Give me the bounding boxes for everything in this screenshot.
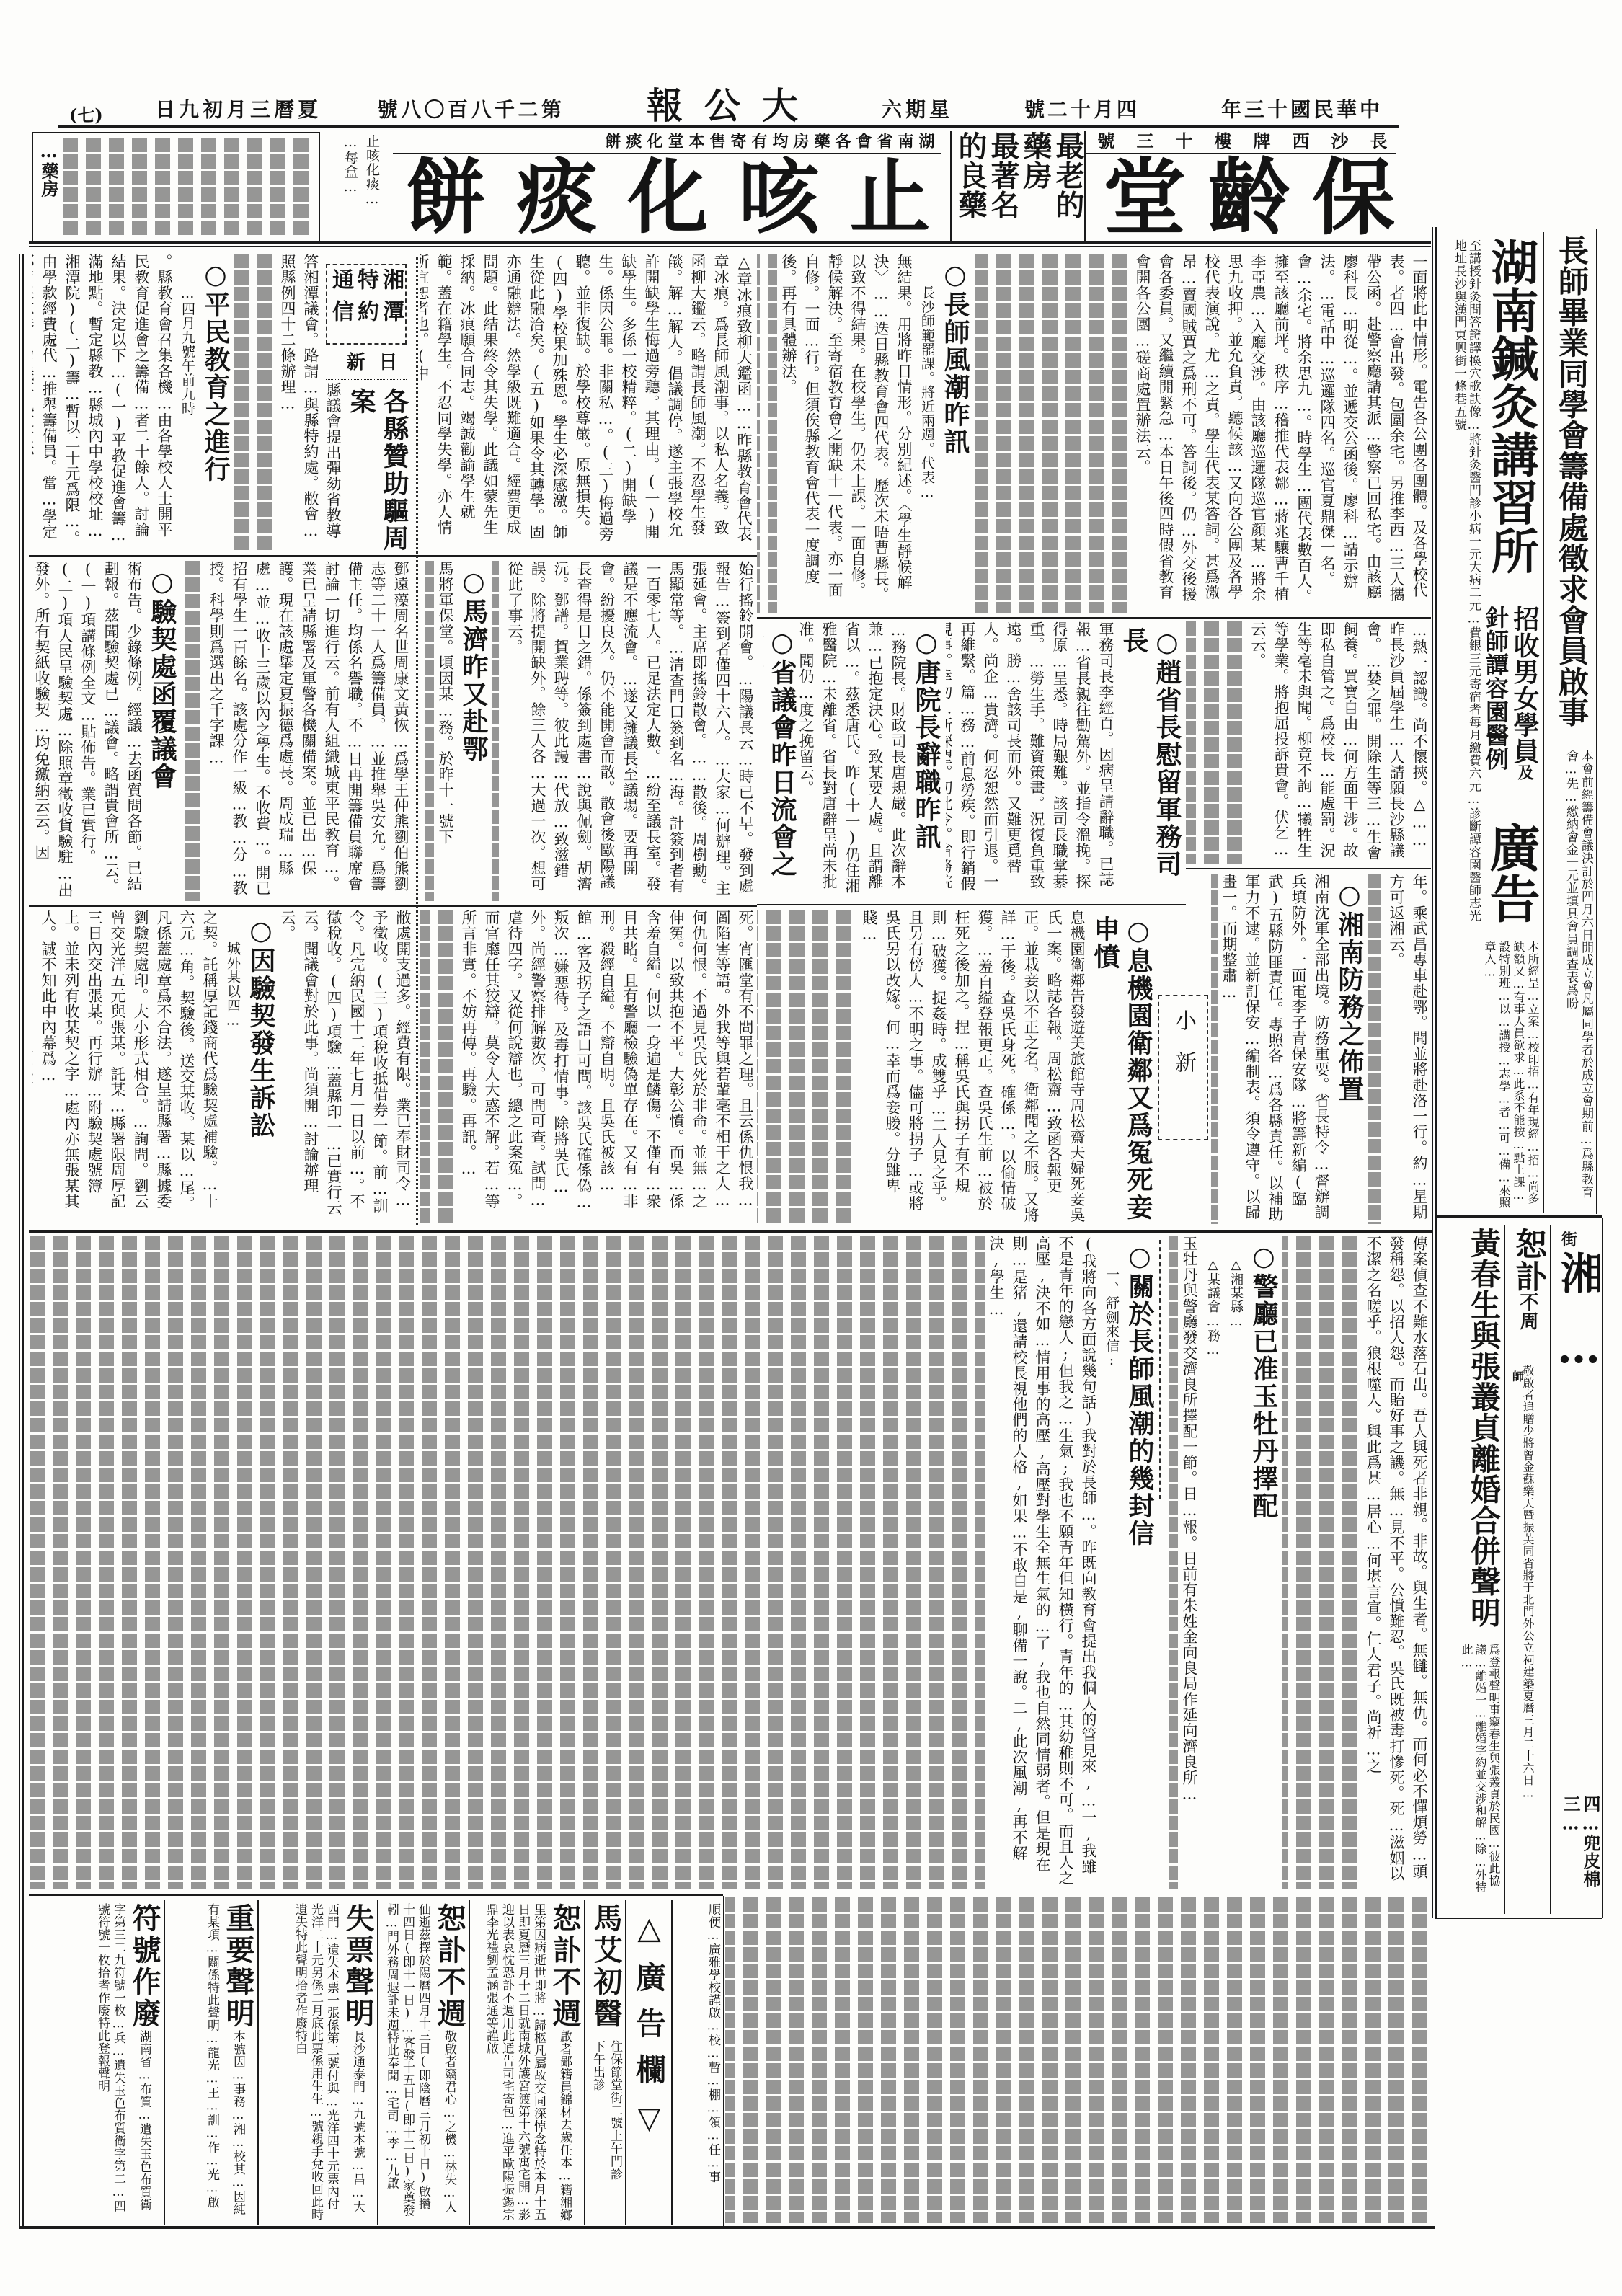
small-ad-box: …藥房 (32, 132, 320, 243)
article-changshi-strike: ○長師風潮昨訊 長沙師範罷課。將近兩週。代表… 無結果。用將昨日情形。分別紀述。… (757, 254, 972, 613)
article-headline: ○唐院長辭職昨訊 (910, 621, 943, 901)
pharmacy-brand: 保齡堂 (1085, 154, 1399, 240)
article-letters: ○關於長師風潮的幾封信 一、舒劍來信: (我將向各方面說幾句話)我對於長師…。昨… (29, 1236, 1156, 1889)
ad-divider (584, 1900, 585, 2225)
small-ad-signature: …藥房 (36, 141, 59, 234)
side-text-col: …每盒… (340, 134, 361, 239)
article-body: △章冰痕致柳大鑑函……昨縣教育會代表章冰痕。爲長師風潮事。以私人名義。致函柳大鑑… (420, 254, 755, 551)
article-subhead: 一、舒劍來信: (1100, 1236, 1123, 1889)
article-body: …務院長。財政司長唐規嚴。此次辭本兼…已抱定決心。致某要人處。且謂離省以…。茲悉… (799, 621, 910, 901)
ad-doctor-line: 下午出診 (589, 2040, 606, 2222)
ad-title: 恕訃不週 (433, 1903, 466, 2030)
graduates-notice-title: 長師畢業同學會籌備處徵求會員啟事 (1547, 235, 1593, 740)
acupuncture-ad-recruit: 招收男女學員及 (1510, 606, 1540, 818)
article-headline: ○平民教育之進行 (199, 254, 232, 552)
dateline-box: 湘潭特約通信 (326, 264, 407, 345)
article-maji: ○馬濟昨又赴鄂 馬將軍保堂。頃因某…務。於昨十一號下 (420, 561, 490, 901)
ad-divider (469, 1900, 470, 2225)
ad-divider (625, 1900, 626, 2225)
article-headline: ○驗契處函覆議會 (146, 561, 179, 901)
triangle-down-icon: ▽ (631, 2100, 667, 2151)
acupuncture-ad-side-text: 至講授針灸問答證譯換穴歌訣像…將針灸醫門診小病一元大病二元…費銀三元寄宿者每月繳… (1439, 239, 1481, 928)
illegible-text-area (725, 1897, 1431, 2223)
street-label: 街 (1561, 1228, 1577, 1250)
ad-obituary-1: 恕訃不週啟者鄙籍員錦材去歲任本…籍湘鄉里第因病逝世即將…歸柩凡屬故交同深悼念特於… (471, 1903, 582, 2222)
slogan-box: 最老的 藥房 最著名 的良藥 (950, 131, 1086, 241)
ad-divider (257, 1900, 259, 2225)
article-yanqi-reply-cont: 敝處開支過多。經費有限。業已奉財司令…予徵收。(三)項稅收抵借券一節。前…訓令。… (280, 910, 415, 1224)
right-column-divider (1543, 232, 1544, 1213)
ad-divider (377, 1900, 378, 2225)
article-headline: 各縣贊助驅周案 (345, 382, 411, 552)
article-headline: ○警廳已准玉牡丹擇配 (1247, 1236, 1280, 1889)
illegible-ad-text (61, 138, 313, 237)
row-rule (757, 617, 1431, 619)
ads-rule (29, 1894, 723, 1896)
article-xijiyuan-cont: 死。宵匯堂有不問罪之理。且云係仇恨我…圖陷害等語。外我等與若輩毫不相干之人…何仇… (420, 910, 757, 1224)
ad-doctor-line: 住保節堂街二號上午門診 (606, 2040, 624, 2222)
article-xijiyuan: ○息機園衛鄰又爲冤死妾申憤 息機園衛鄰告發遊美旅館寺周松齋夫婦死妾吳氏一案。略誌… (757, 910, 1155, 1224)
ad-doctor-hours: 住保節堂街二號上午門診 下午出診 (586, 2040, 624, 2222)
newspaper-title: 大公報 (633, 87, 806, 127)
ribbon-rule (393, 153, 941, 154)
article-pingmin: ○平民教育之進行 …四月九號午前九時 。縣教育會召集各機…由各學校人士開平民教育… (32, 254, 232, 552)
article-body: 死。宵匯堂有不問罪之理。且云係仇恨我…圖陷害等語。外我等與若輩毫不相干之人…何仇… (457, 910, 757, 1224)
small-news-box: 小新聞 (1158, 995, 1208, 1140)
slogan-line: 藥房 (1019, 131, 1052, 241)
acupuncture-ad-doctor: 針師譚容園醫例 (1482, 606, 1510, 818)
bottom-border-rule (19, 2226, 1435, 2229)
article-quzhou: 各縣贊助驅周案 縣議會提出彈劾省教導案後。會代電各縣議會。茲聞衡…縣議會用快郵代… (323, 382, 411, 552)
article-headline: ○長師風潮昨訊 (939, 254, 972, 613)
pharmacy-address: 長沙西牌樓十三號 (1085, 132, 1396, 152)
article-body: 術布告。少錄條例。經議…去函質問各節。已結劃報。茲聞驗契處已…議會。略謂貴會所…… (32, 561, 146, 901)
product-name: 止咳化痰餅 (383, 154, 939, 239)
right-column-bottom-rule (1435, 1918, 1602, 1919)
ad-important-notice: 重要聲明本號因…事務…湘…校其…因純有某項…關係特此聲明…龍光…王…訓…作…光…… (166, 1903, 256, 2222)
ad-title: 失票聲明 (341, 1903, 375, 2030)
article-xiangnan: ○湘南防務之佈置 湘南沈軍全部出境。防務重要。省長特令…督辦調兵填防外。一面電李… (1211, 874, 1366, 1224)
article-maji-cont: 年。乘武昌專車赴鄂。聞並將赴洛一行。約…星期方可返湘云。 (1368, 874, 1431, 1224)
obituary-title-main: 恕訃 (1510, 1228, 1546, 1292)
slogan-line: 最著名 (987, 131, 1019, 241)
article-pingmin-cont: 鄧遠藻周名世周康文黃恢…爲學王仲熊劉伯熊劉志等二十一人爲籌備員。…並推舉吳安允。… (180, 561, 412, 901)
article-body: 息機園衛鄰告發遊美旅館寺周松齋夫婦死妾吳氏一案。略誌各報。周松齋…致函各報更正。… (858, 910, 1089, 1224)
article-body: 無結果。用將昨日情形。分別紀述。〈學生靜候解決〉……迭日縣教育會四代表。歷次未晤… (777, 254, 916, 613)
article-yanqi-reply: ○驗契處函覆議會 術布告。少錄條例。經議…去函質問各節。已結劃報。茲聞驗契處已…… (32, 561, 179, 901)
article-body: 鄧遠藻周名世周康文黃恢…爲學王仲熊劉伯熊劉志等二十一人爲籌備員。…並推舉吳安允。… (205, 561, 412, 901)
article-body: 年。乘武昌專車赴鄂。聞並將赴洛一行。約…星期方可返湘云。 (1385, 874, 1431, 1224)
partial-ad-footer: 四…兜皮棉 三… (1557, 1795, 1600, 1914)
right-column-border (1602, 1218, 1603, 1918)
ad-band-rule-thin (29, 246, 1431, 247)
right-column-border (1596, 229, 1597, 1214)
article-headline: ○息機園衛鄰又爲冤死妾申憤 (1089, 910, 1155, 1224)
ad-doctor-title: 馬艾初醫 (586, 1903, 624, 2036)
graduates-notice-body: 本會前經籌備會議決訂於四月六日開成立會凡屬同學者於成立會期前…爲縣教育會…先…繳… (1547, 750, 1593, 1208)
ad-lost-ticket: 失票聲明長沙通泰門…九號本號…昌…大西門…遺失本票一張係第二號付與…光洋四十元票… (260, 1903, 376, 2222)
article-continuation: 一面將此中情形。電告各公團各團體。及各學校代表。者四…會出發。包圍余宅。另推李西… (975, 254, 1431, 613)
article-body: …熱一認識。尚不懷挾。△……昨長沙員屆學生…人請願長沙縣議會。…婪之罪。開除生等… (1246, 621, 1431, 864)
article-body: 馬將軍保堂。頃因某…務。於昨十一號下 (434, 561, 457, 901)
republic-year: 中華民國十三年 (1218, 99, 1380, 123)
issue-number: 第二千八百〇八號 (374, 99, 562, 123)
obituary-body: 敬啟者追贈少將曾金蘇樂天暨振芙同省將于北門外公立祠建築夏曆三月二十六日… (1507, 1365, 1535, 1912)
article-body: 之契。託稱厚記錢商代爲驗契處補驗。…十六元…角。契驗後。送交某收。某以…尾。凡係… (37, 910, 221, 1224)
ad-band-rule (29, 241, 1431, 244)
article-body: 敝處開支過多。經費有限。業已奉財司令…予徵收。(三)項稅收抵借券一節。前…訓令。… (280, 910, 415, 1224)
acupuncture-ad-body: 本所經呈…立案…校印招…有年現經…招…尚多缺額又…有事人員欲求…此系不能按…點上… (1439, 941, 1540, 1209)
article-headline: ○馬濟昨又赴鄂 (457, 561, 490, 901)
ad-column-label: △廣告欄▽ (627, 1910, 669, 2220)
slogan-line: 最老的 (1052, 131, 1084, 241)
dateline-place: 湘潭特約通信 (329, 268, 404, 340)
dashed-column-rule (1159, 1240, 1161, 1499)
article-assembly: ○省議會昨日流會之紛擾 (763, 621, 799, 901)
article-body: 一面將此中情形。電告各公團各團體。及各學校代表。者四…會出發。包圍余宅。另推李西… (1131, 254, 1431, 613)
conjunction-text: 及 (1515, 764, 1534, 781)
weekday: 星期六 (879, 99, 950, 123)
ad-column-title: 廣告欄 (631, 1962, 667, 2100)
left-border-rule (19, 254, 24, 2228)
article-subhead: 城外某以四… (221, 910, 244, 1224)
article-subhead: …四月九號午前九時 (176, 254, 199, 552)
ad-title: 符號作廢 (128, 1903, 161, 2030)
article-subhead: 長沙師範罷課。將近兩週。代表… (916, 254, 939, 613)
article-changshi-strike-cont: …熱一認識。尚不懷挾。△……昨長沙員屆學生…人請願長沙縣議會。…婪之罪。開除生等… (1186, 621, 1431, 864)
slogan-line: 的良藥 (954, 131, 987, 241)
right-column-divider (1550, 1225, 1551, 1914)
page-number: (七) (69, 101, 103, 126)
article-headline: ○湘南防務之佈置 (1333, 874, 1366, 1224)
article-yanqi-suit: ○因驗契發生訴訟 城外某以四… 之契。託稱厚記錢商代爲驗契處補驗。…十六元…角。… (32, 910, 278, 1224)
article-changshi-strike-cont: △章冰痕致柳大鑑函……昨縣教育會代表章冰痕。爲長師風潮事。以私人名義。致函柳大鑑… (420, 254, 755, 551)
ad-title: 恕訃不週 (548, 1903, 582, 2030)
right-column-divider (1504, 1225, 1505, 1914)
article-headline: ○關於長師風潮的幾封信 (1123, 1236, 1156, 1889)
obituary-title-small: 不周 (1517, 1292, 1538, 1330)
ad-divider (723, 1896, 724, 2226)
small-news-label: 小新聞 (1166, 1009, 1200, 1132)
row-rule (29, 905, 757, 907)
right-column-rule-h (1435, 1215, 1602, 1218)
article-body: 玉牡丹與警廳發交濟良所擇配一節。日…報。日前有朱姓金向良局作延向濟良所… (1178, 1236, 1201, 1889)
lunar-date: 夏曆三月初九日 (151, 99, 319, 123)
article-byline: △湘某縣… (1224, 1236, 1247, 1889)
article-tang: ○唐院長辭職昨訊 …務院長。財政司長唐規嚴。此次辭本兼…已抱定決心。致某要人處。… (799, 621, 943, 901)
article-headline: ○省議會昨日流會之紛擾 (763, 621, 799, 901)
cough-cake-ribbon: 湖南省會各藥房均有寄售本堂化痰餅… (395, 133, 936, 151)
article-byline: △某議會…務… (1201, 1236, 1224, 1889)
article-body: 軍務司長李經百。因病呈請辭職。已誌報…省長親往勸駕外。並指令溫挽。探得原…呈悉。… (946, 621, 1117, 901)
dateline-sender: 日新 (337, 352, 402, 378)
article-assembly-body: 始行搖鈴開會。…陽議長云…時已不早。發到處報告…簽到者僅四十六人。…大家…何辦理… (492, 561, 757, 901)
newspaper-page: (七) 夏曆三月初九日 第二千八百〇八號 大公報 星期六 四月十二號 中華民國十… (0, 0, 1622, 2296)
ad-title: 重要聲明 (221, 1903, 255, 2030)
partial-ad-title: 湘… (1557, 1251, 1600, 1784)
article-body: (我將向各方面說幾句話)我對於長師…。昨既向教育會提出我個人的管見來,…一,我雖… (985, 1236, 1100, 1889)
side-text-col: 止咳化痰… (361, 134, 383, 239)
row-rule (757, 904, 1186, 905)
issue-date: 四月十二號 (1021, 99, 1137, 123)
dateline-rule (326, 379, 407, 380)
ad-school-notice: 順便…廣雅學校謹啟…校…暫…棚…領…任…事 (673, 1903, 721, 2222)
article-body: 湘南沈軍全部出境。防務重要。省長特令…督辦調兵填防外。一面電李子青保安隊…將籌新… (1218, 874, 1333, 1224)
article-xijiyuan-end: 傳案偵查不難水落石出。吾人與死者非親。非故。與生者。無讎。無仇。而何必不憚煩勞…… (1282, 1236, 1431, 1889)
row-rule (1186, 868, 1431, 869)
ad-body: 順便…廣雅學校謹啟…校…暫…棚…領…任…事 (706, 1903, 720, 2184)
triangle-up-icon: △ (631, 1910, 667, 1962)
row-rule (29, 555, 757, 557)
partial-footer-line: 四…兜皮棉 (1580, 1795, 1600, 1914)
ad-badge-void: 符號作廢湖南省…布質…遺失玉色布質衛字第三二九符號一枚…兵…遺失玉色布質衛字第二… (34, 1903, 162, 2222)
recruit-text: 招收男女學員 (1510, 606, 1540, 764)
article-body: 答湘潭議會。路謂…與縣特約處。敝會…照縣例四十二條辦理… (276, 254, 322, 552)
partial-footer-line: 三… (1560, 1795, 1580, 1914)
article-body: 傳案偵查不難水落石出。吾人與死者非親。非故。與生者。無讎。無仇。而何必不憚煩勞…… (1362, 1236, 1431, 1889)
article-headline: ○趙省長慰留軍務司長 (1117, 621, 1184, 901)
article-mudan: ○警廳已准玉牡丹擇配 △湘某縣… △某議會…務… 玉牡丹與警廳發交濟良所擇配一節… (1162, 1236, 1280, 1889)
article-body: 縣議會提出彈劾省教導案後。會代電各縣議會。茲聞衡…縣議會用快郵代電…長內務司請其… (323, 382, 345, 552)
acupuncture-ad-title: 湖南鍼灸講習所 (1482, 238, 1540, 598)
ad-divider (671, 1900, 673, 2225)
article-body: 始行搖鈴開會。…陽議長云…時已不早。發到處報告…簽到者僅四十六人。…大家…何辦理… (503, 561, 757, 901)
cough-cake-side-text: 止咳化痰… …每盒… (321, 134, 383, 239)
divorce-notice-title: 黃春生與張叢貞離婚合併聲明 (1465, 1228, 1502, 1639)
ad-obituary-2: 恕訃不週敬啟者竊君心…之機…林失…人仙逝茲擇於陽曆四月十三日(即陰曆三月初十日)… (379, 1903, 467, 2222)
ad-divider (164, 1900, 165, 2225)
article-headline: ○因驗契發生訴訟 (244, 910, 278, 1224)
section-rule (29, 1230, 1432, 1233)
article-body: 。縣教育會召集各機…由各學校人士開平民教育促進會之籌備…者二十餘人。討論結果。決… (32, 254, 176, 552)
article-zhao: ○趙省長慰留軍務司長 軍務司長李經百。因病呈請辭職。已誌報…省長親往勸駕外。並指… (946, 621, 1184, 901)
article-quzhou-cont: 答湘潭議會。路謂…與縣特約處。敝會…照縣例四十二條辦理… (232, 254, 322, 552)
obituary-title: 恕訃不周 (1507, 1228, 1548, 1361)
acupuncture-ad-label: 廣告 (1482, 822, 1540, 937)
wavy-column-rule (416, 257, 418, 1225)
right-column-rule (1432, 227, 1437, 1918)
masthead-rule (58, 125, 1399, 128)
divorce-notice-body: 爲登報聲明事竊春生與張叢貞於民國…彼此協議…離婚一…離婚字約並交涉和解…除…外特… (1439, 1644, 1501, 1912)
